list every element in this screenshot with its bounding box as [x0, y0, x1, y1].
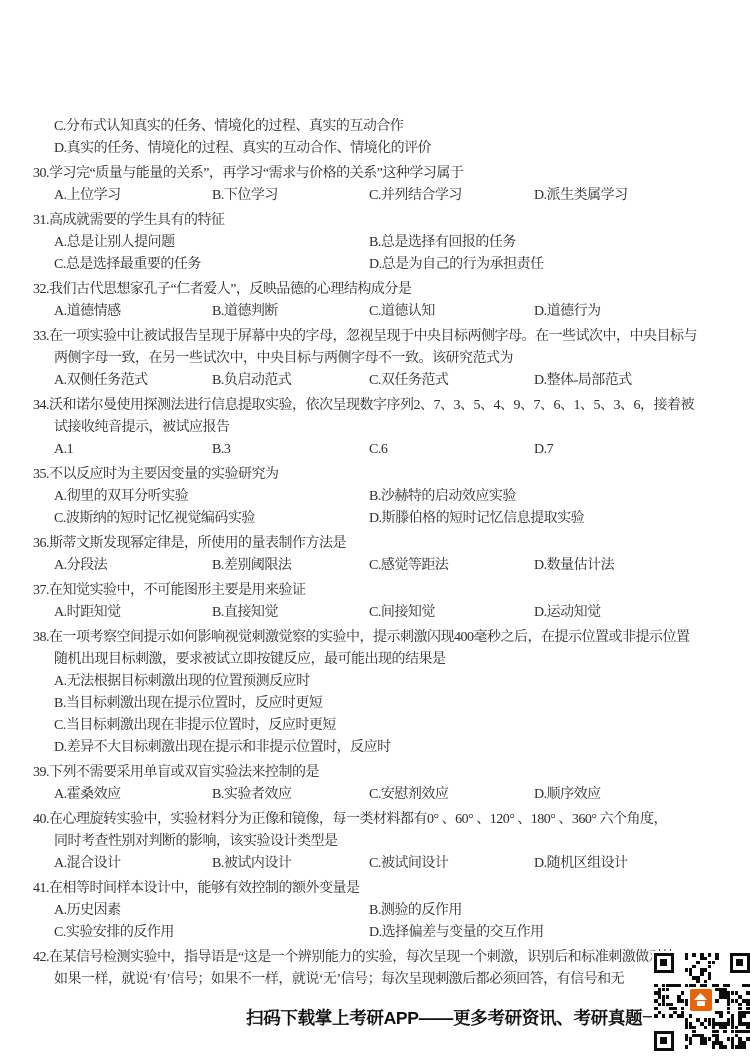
question-list: C.分布式认知真实的任务、情境化的过程、真实的互动合作D.真实的任务、情境化的过…: [33, 116, 738, 991]
option-label: B.: [212, 442, 224, 457]
option: C.间接知觉: [369, 602, 534, 624]
option-label: B.: [369, 903, 381, 918]
option-label: A.: [54, 903, 67, 918]
option-label: B.: [212, 787, 224, 802]
option: B.被试内设计: [212, 853, 369, 875]
option-text: 波斯纳的短时记忆视觉编码实验: [66, 511, 255, 526]
question-number: 36.: [33, 536, 49, 551]
option-text: 运动知觉: [547, 605, 601, 620]
option-text: 数量估计法: [547, 558, 615, 573]
option: C.道德认知: [369, 301, 534, 323]
option: D.总是为自己的行为承担责任: [369, 254, 738, 276]
option-label: A.: [54, 674, 67, 689]
question-number: 42.: [33, 950, 49, 965]
option-label: C.: [54, 511, 66, 526]
options-row: A.混合设计B.被试内设计C.被试间设计D.随机区组设计: [33, 853, 738, 875]
option-text: 时距知觉: [67, 605, 121, 620]
question: 30.学习完“质量与能量的关系”，再学习“需求与价格的关系”这种学习属于A.上位…: [33, 163, 738, 207]
option-label: D.: [534, 605, 547, 620]
option-label: C.: [54, 119, 66, 134]
option: D.斯滕伯格的短时记忆信息提取实验: [369, 508, 738, 530]
option: C.当目标刺激出现在非提示位置时，反应时更短: [33, 715, 738, 737]
option-label: C.: [369, 558, 381, 573]
question: 33.在一项实验中让被试报告呈现于屏幕中央的字母，忽视呈现于中央目标两侧字母。在…: [33, 326, 738, 392]
question: 41.在相等时间样本设计中，能够有效控制的额外变量是A.历史因素B.测验的反作用…: [33, 878, 738, 944]
option: D.选择偏差与变量的交互作用: [369, 922, 738, 944]
option-label: B.: [212, 605, 224, 620]
question-number: 38.: [33, 630, 49, 645]
option: D.顺序效应: [534, 784, 738, 806]
question-stem-text: 在一项实验中让被试报告呈现于屏幕中央的字母，忽视呈现于中央目标两侧字母。在一些试…: [49, 329, 697, 344]
options-row: A.总是让别人提问题B.总是选择有回报的任务: [33, 232, 738, 254]
option: B.下位学习: [212, 185, 369, 207]
question-stem-text: 高成就需要的学生具有的特征: [49, 213, 225, 228]
option: B.沙赫特的启动效应实验: [369, 486, 738, 508]
question-stem-text: 沃和诺尔曼使用探测法进行信息提取实验，依次呈现数字序列2、7、3、5、4、9、7…: [49, 398, 694, 413]
option: C.被试间设计: [369, 853, 534, 875]
option: A.道德情感: [54, 301, 212, 323]
question: 32.我们古代思想家孔子“仁者爱人”，反映品德的心理结构成分是A.道德情感B.道…: [33, 279, 738, 323]
options-row: C.实验安排的反作用D.选择偏差与变量的交互作用: [33, 922, 738, 944]
option-text: 双任务范式: [381, 373, 449, 388]
option-text: 总是让别人提问题: [67, 235, 175, 250]
option-label: B.: [212, 373, 224, 388]
option-text: 安慰剂效应: [381, 787, 449, 802]
option-text: 负启动范式: [224, 373, 292, 388]
qr-finder-top-left: [654, 953, 674, 973]
option-text: 道德判断: [224, 304, 278, 319]
options-row: A.历史因素B.测验的反作用: [33, 900, 738, 922]
exam-page: C.分布式认知真实的任务、情境化的过程、真实的互动合作D.真实的任务、情境化的过…: [0, 0, 750, 1061]
option-label: C.: [369, 373, 381, 388]
question-stem-line: 39.下列不需要采用单盲或双盲实验法来控制的是: [33, 762, 738, 784]
question-stem-line: 35.不以反应时为主要因变量的实验研究为: [33, 464, 738, 486]
options-row: A.双侧任务范式B.负启动范式C.双任务范式D.整体-局部范式: [33, 370, 738, 392]
option-label: D.: [369, 925, 382, 940]
option-label: B.: [212, 188, 224, 203]
option-label: D.: [369, 511, 382, 526]
question-stem-line: 32.我们古代思想家孔子“仁者爱人”，反映品德的心理结构成分是: [33, 279, 738, 301]
question-number: 39.: [33, 765, 49, 780]
question-stem-line: 两侧字母一致，在另一些试次中，中央目标与两侧字母不一致。该研究范式为: [33, 348, 738, 370]
option-label: C.: [369, 188, 381, 203]
option-text: 混合设计: [67, 856, 121, 871]
option-label: C.: [369, 856, 381, 871]
option: D.道德行为: [534, 301, 738, 323]
option-label: B.: [369, 489, 381, 504]
question-stem-text: 学习完“质量与能量的关系”，再学习“需求与价格的关系”这种学习属于: [49, 166, 463, 181]
question-stem-line: 如果一样，就说‘有’信号；如果不一样，就说‘无’信号；每次呈现刺激后都必须回答，…: [33, 969, 738, 991]
option: D.7: [534, 439, 738, 461]
option-label: D.: [369, 257, 382, 272]
option-label: B.: [212, 856, 224, 871]
option: C.6: [369, 439, 534, 461]
question-stem-text: 斯蒂文斯发现幂定律是，所使用的量表制作方法是: [49, 536, 346, 551]
question-stem-line: 36.斯蒂文斯发现幂定律是，所使用的量表制作方法是: [33, 533, 738, 555]
option-label: C.: [369, 787, 381, 802]
option: A.总是让别人提问题: [54, 232, 369, 254]
option: C.双任务范式: [369, 370, 534, 392]
option-label: B.: [54, 696, 66, 711]
option-label: A.: [54, 188, 67, 203]
option: B.总是选择有回报的任务: [369, 232, 738, 254]
option-text: 总是为自己的行为承担责任: [382, 257, 544, 272]
option-label: D.: [534, 787, 547, 802]
option: D.数量估计法: [534, 555, 738, 577]
option-label: A.: [54, 235, 67, 250]
option-label: D.: [534, 373, 547, 388]
option: A.历史因素: [54, 900, 369, 922]
qr-finder-top-right: [730, 953, 750, 973]
option-text: 道德情感: [67, 304, 121, 319]
option: C.安慰剂效应: [369, 784, 534, 806]
option: A.时距知觉: [54, 602, 212, 624]
option-label: C.: [54, 718, 66, 733]
question: 38.在一项考察空间提示如何影响视觉刺激觉察的实验中，提示刺激闪现400毫秒之后…: [33, 627, 738, 759]
option-label: D.: [534, 856, 547, 871]
option: B.差别阈限法: [212, 555, 369, 577]
option: D.差异不大目标刺激出现在提示和非提示位置时，反应时: [33, 737, 738, 759]
option-label: D.: [534, 304, 547, 319]
option-label: C.: [369, 442, 381, 457]
option: A.双侧任务范式: [54, 370, 212, 392]
option-text: 测验的反作用: [381, 903, 462, 918]
question-stem-line: 随机出现目标刺激，要求被试立即按键反应，最可能出现的结果是: [33, 649, 738, 671]
option-label: D.: [534, 442, 547, 457]
footer-banner: 扫码下载掌上考研APP——更多考研资讯、考研真题一键获取: [246, 1005, 711, 1031]
options-row: A.分段法B.差别阈限法C.感觉等距法D.数量估计法: [33, 555, 738, 577]
option: C.并列结合学习: [369, 185, 534, 207]
question-number: 34.: [33, 398, 49, 413]
question: 40.在心理旋转实验中，实验材料分为正像和镜像，每一类材料都有0° 、60° 、…: [33, 809, 738, 875]
option-text: 当目标刺激出现在非提示位置时，反应时更短: [66, 718, 336, 733]
option-label: C.: [369, 605, 381, 620]
option: B.负启动范式: [212, 370, 369, 392]
question-number: 37.: [33, 583, 49, 598]
question-stem-text: 在某信号检测实验中，指导语是“这是一个辨别能力的实验，每次呈现一个刺激，识别后和…: [49, 950, 676, 965]
option-text: 间接知觉: [381, 605, 435, 620]
question: 34.沃和诺尔曼使用探测法进行信息提取实验，依次呈现数字序列2、7、3、5、4、…: [33, 395, 738, 461]
option-text: 总是选择最重要的任务: [66, 257, 201, 272]
option-text: 6: [381, 442, 388, 457]
option: A.上位学习: [54, 185, 212, 207]
question-stem-text: 不以反应时为主要因变量的实验研究为: [49, 467, 279, 482]
question-number: 30.: [33, 166, 49, 181]
question: 42.在某信号检测实验中，指导语是“这是一个辨别能力的实验，每次呈现一个刺激，识…: [33, 947, 738, 991]
option-label: C.: [54, 925, 66, 940]
option: D.整体-局部范式: [534, 370, 738, 392]
option-text: 历史因素: [67, 903, 121, 918]
question-stem-text: 在知觉实验中，不可能图形主要是用来验证: [49, 583, 306, 598]
option-text: 无法根据目标刺激出现的位置预测反应时: [67, 674, 310, 689]
options-row: C.波斯纳的短时记忆视觉编码实验D.斯滕伯格的短时记忆信息提取实验: [33, 508, 738, 530]
option-text: 3: [224, 442, 231, 457]
option: A.彻里的双耳分听实验: [54, 486, 369, 508]
option-text: 斯滕伯格的短时记忆信息提取实验: [382, 511, 585, 526]
option-text: 并列结合学习: [381, 188, 462, 203]
option-label: B.: [212, 304, 224, 319]
option-text: 感觉等距法: [381, 558, 449, 573]
option-label: A.: [54, 304, 67, 319]
question-stem-line: 42.在某信号检测实验中，指导语是“这是一个辨别能力的实验，每次呈现一个刺激，识…: [33, 947, 738, 969]
option-text: 真实的任务、情境化的过程、真实的互动合作、情境化的评价: [67, 141, 432, 156]
question-stem-line: 37.在知觉实验中，不可能图形主要是用来验证: [33, 580, 738, 602]
option-label: D.: [54, 740, 67, 755]
question: 35.不以反应时为主要因变量的实验研究为A.彻里的双耳分听实验B.沙赫特的启动效…: [33, 464, 738, 530]
option: A.无法根据目标刺激出现的位置预测反应时: [33, 671, 738, 693]
options-row: A.时距知觉B.直接知觉C.间接知觉D.运动知觉: [33, 602, 738, 624]
question-stem-line: 38.在一项考察空间提示如何影响视觉刺激觉察的实验中，提示刺激闪现400毫秒之后…: [33, 627, 738, 649]
option: C.波斯纳的短时记忆视觉编码实验: [54, 508, 369, 530]
continuation-option: D.真实的任务、情境化的过程、真实的互动合作、情境化的评价: [33, 138, 738, 160]
option-text: 直接知觉: [224, 605, 278, 620]
option-text: 双侧任务范式: [67, 373, 148, 388]
option-text: 道德认知: [381, 304, 435, 319]
option-text: 顺序效应: [547, 787, 601, 802]
options-row: A.彻里的双耳分听实验B.沙赫特的启动效应实验: [33, 486, 738, 508]
option-label: A.: [54, 558, 67, 573]
option-label: A.: [54, 787, 67, 802]
option: B.3: [212, 439, 369, 461]
question-number: 33.: [33, 329, 49, 344]
option: A.分段法: [54, 555, 212, 577]
option: A.1: [54, 439, 212, 461]
option-label: A.: [54, 442, 67, 457]
option-label: B.: [369, 235, 381, 250]
question-stem-text: 我们古代思想家孔子“仁者爱人”，反映品德的心理结构成分是: [49, 282, 411, 297]
option-text: 分段法: [67, 558, 108, 573]
option-label: D.: [534, 188, 547, 203]
options-row: A.上位学习B.下位学习C.并列结合学习D.派生类属学习: [33, 185, 738, 207]
option-text: 霍桑效应: [67, 787, 121, 802]
options-row: A.霍桑效应B.实验者效应C.安慰剂效应D.顺序效应: [33, 784, 738, 806]
option: B.测验的反作用: [369, 900, 738, 922]
option-text: 道德行为: [547, 304, 601, 319]
question-stem-text: 在一项考察空间提示如何影响视觉刺激觉察的实验中，提示刺激闪现400毫秒之后，在提…: [49, 630, 690, 645]
option-text: 分布式认知真实的任务、情境化的过程、真实的互动合作: [66, 119, 404, 134]
option-text: 当目标刺激出现在提示位置时，反应时更短: [66, 696, 323, 711]
option-label: A.: [54, 373, 67, 388]
question-stem-line: 41.在相等时间样本设计中，能够有效控制的额外变量是: [33, 878, 738, 900]
question-number: 41.: [33, 881, 49, 896]
option-text: 被试间设计: [381, 856, 449, 871]
option: D.随机区组设计: [534, 853, 738, 875]
continuation-option: C.分布式认知真实的任务、情境化的过程、真实的互动合作: [33, 116, 738, 138]
qr-code: [652, 951, 750, 1053]
question-stem-line: 试接收纯音提示，被试应报告: [33, 417, 738, 439]
option-text: 7: [547, 442, 554, 457]
question-stem-line: 33.在一项实验中让被试报告呈现于屏幕中央的字母，忽视呈现于中央目标两侧字母。在…: [33, 326, 738, 348]
option-text: 整体-局部范式: [547, 373, 632, 388]
option-text: 差别阈限法: [224, 558, 292, 573]
question: 31.高成就需要的学生具有的特征A.总是让别人提问题B.总是选择有回报的任务C.…: [33, 210, 738, 276]
option: B.道德判断: [212, 301, 369, 323]
option-text: 沙赫特的启动效应实验: [381, 489, 516, 504]
option-text: 彻里的双耳分听实验: [67, 489, 189, 504]
option-text: 差异不大目标刺激出现在提示和非提示位置时，反应时: [67, 740, 391, 755]
option: C.实验安排的反作用: [54, 922, 369, 944]
option-text: 被试内设计: [224, 856, 292, 871]
option: B.当目标刺激出现在提示位置时，反应时更短: [33, 693, 738, 715]
option-label: A.: [54, 856, 67, 871]
option-text: 实验者效应: [224, 787, 292, 802]
question-stem-text: 在心理旋转实验中，实验材料分为正像和镜像，每一类材料都有0° 、60° 、120…: [49, 812, 667, 827]
question-stem-line: 40.在心理旋转实验中，实验材料分为正像和镜像，每一类材料都有0° 、60° 、…: [33, 809, 738, 831]
options-row: C.总是选择最重要的任务D.总是为自己的行为承担责任: [33, 254, 738, 276]
option-text: 派生类属学习: [547, 188, 628, 203]
option-text: 随机区组设计: [547, 856, 628, 871]
option-text: 实验安排的反作用: [66, 925, 174, 940]
option-label: C.: [54, 257, 66, 272]
question: 39.下列不需要采用单盲或双盲实验法来控制的是A.霍桑效应B.实验者效应C.安慰…: [33, 762, 738, 806]
question-stem-line: 同时考查性别对判断的影响，该实验设计类型是: [33, 831, 738, 853]
question-number: 32.: [33, 282, 49, 297]
option: B.直接知觉: [212, 602, 369, 624]
options-row: A.1B.3C.6D.7: [33, 439, 738, 461]
option-text: 上位学习: [67, 188, 121, 203]
question-number: 40.: [33, 812, 49, 827]
option-label: B.: [212, 558, 224, 573]
question-number: 35.: [33, 467, 49, 482]
option: D.派生类属学习: [534, 185, 738, 207]
option: C.总是选择最重要的任务: [54, 254, 369, 276]
option: A.混合设计: [54, 853, 212, 875]
option-label: D.: [54, 141, 67, 156]
option: A.霍桑效应: [54, 784, 212, 806]
option-text: 1: [67, 442, 74, 457]
question-stem-line: 30.学习完“质量与能量的关系”，再学习“需求与价格的关系”这种学习属于: [33, 163, 738, 185]
option: C.感觉等距法: [369, 555, 534, 577]
options-row: A.道德情感B.道德判断C.道德认知D.道德行为: [33, 301, 738, 323]
question: 36.斯蒂文斯发现幂定律是，所使用的量表制作方法是A.分段法B.差别阈限法C.感…: [33, 533, 738, 577]
question-stem-line: 34.沃和诺尔曼使用探测法进行信息提取实验，依次呈现数字序列2、7、3、5、4、…: [33, 395, 738, 417]
option-text: 总是选择有回报的任务: [381, 235, 516, 250]
option-text: 选择偏差与变量的交互作用: [382, 925, 544, 940]
question-stem-text: 在相等时间样本设计中，能够有效控制的额外变量是: [49, 881, 360, 896]
option: D.运动知觉: [534, 602, 738, 624]
option-label: D.: [534, 558, 547, 573]
question-number: 31.: [33, 213, 49, 228]
qr-finder-bottom-left: [654, 1031, 674, 1051]
option-label: C.: [369, 304, 381, 319]
option-label: A.: [54, 489, 67, 504]
option-text: 下位学习: [224, 188, 278, 203]
qr-center-logo-graduation-cap-icon: [688, 987, 714, 1013]
question-stem-line: 31.高成就需要的学生具有的特征: [33, 210, 738, 232]
question: 37.在知觉实验中，不可能图形主要是用来验证A.时距知觉B.直接知觉C.间接知觉…: [33, 580, 738, 624]
question-stem-text: 下列不需要采用单盲或双盲实验法来控制的是: [49, 765, 319, 780]
option: B.实验者效应: [212, 784, 369, 806]
option-label: A.: [54, 605, 67, 620]
